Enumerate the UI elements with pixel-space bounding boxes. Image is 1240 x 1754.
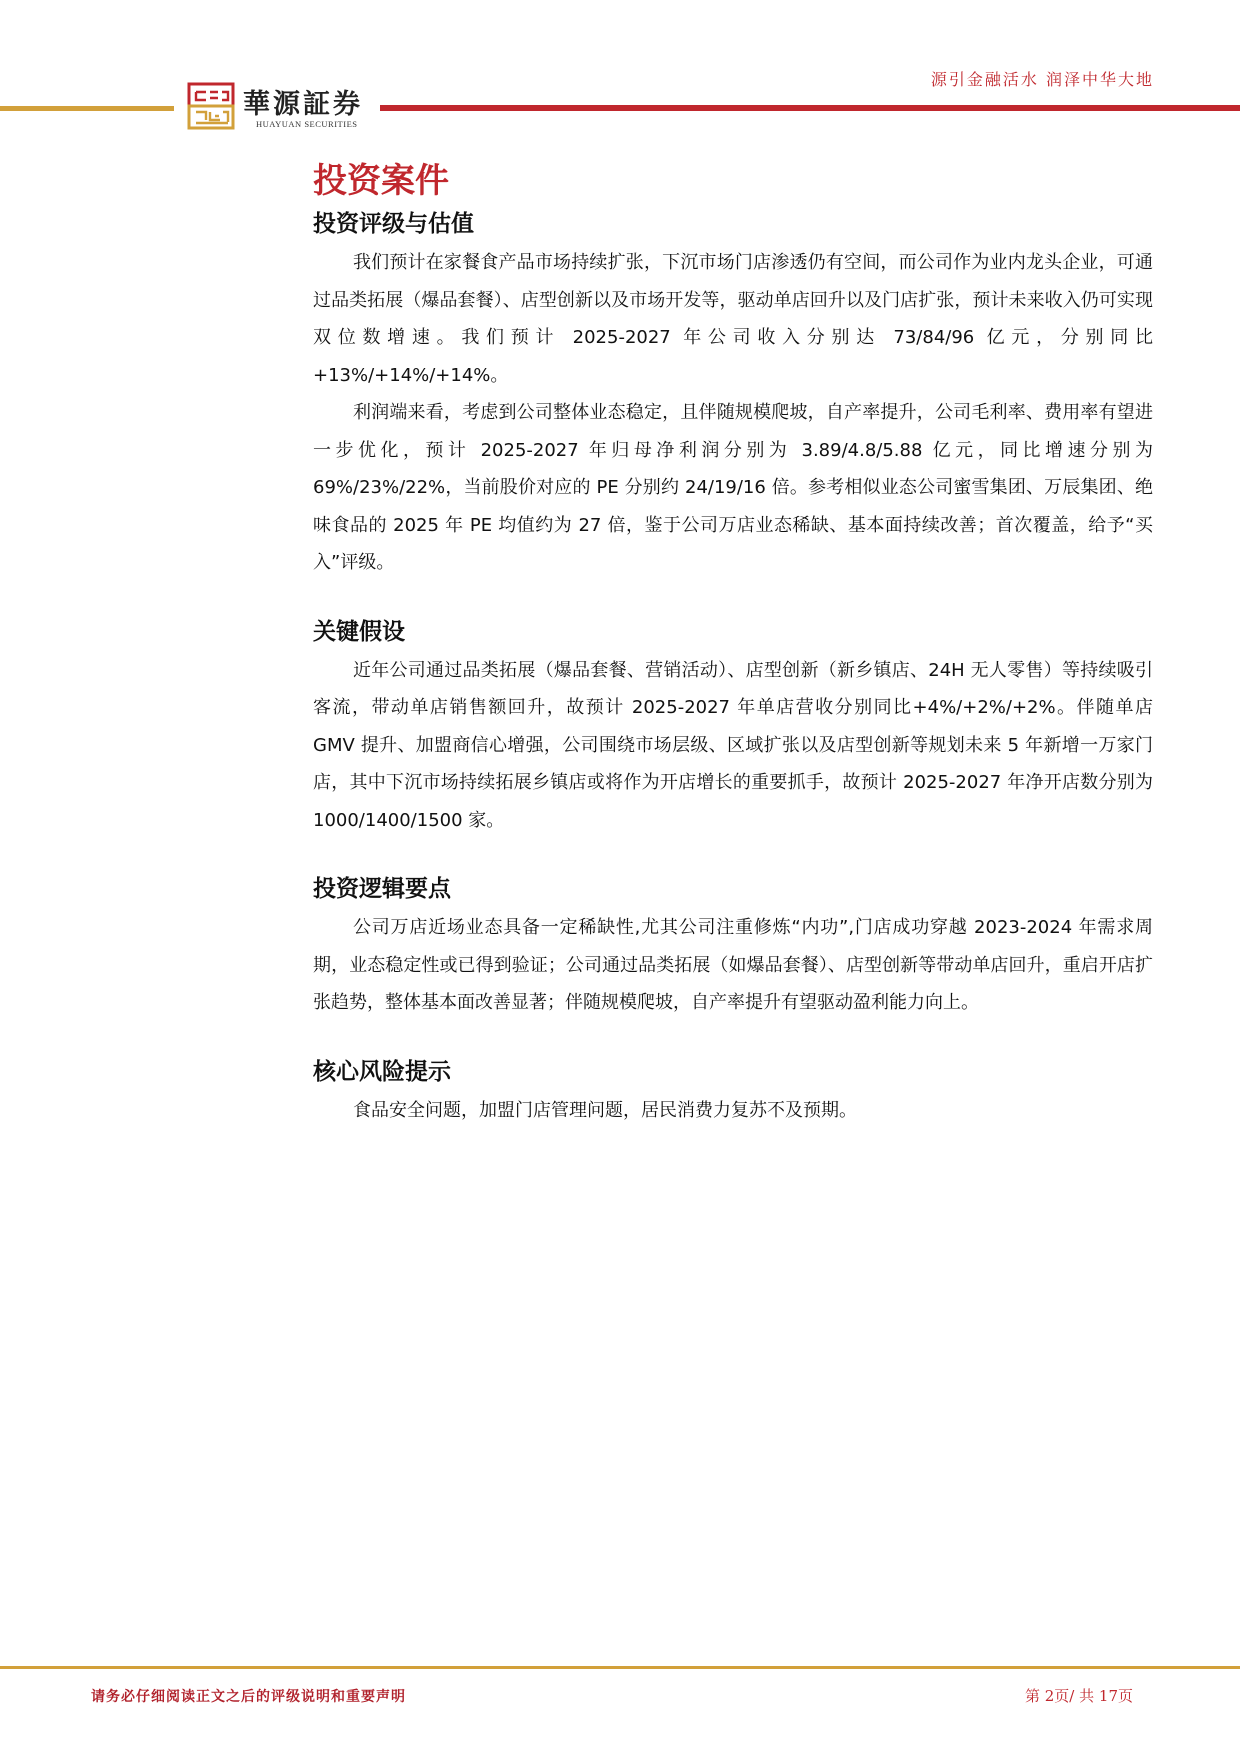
paragraph: 我们预计在家餐食产品市场持续扩张，下沉市场门店渗透仍有空间，而公司作为业内龙头企… — [313, 244, 1153, 394]
section-core-risks: 核心风险提示 食品安全问题，加盟门店管理问题，居民消费力复苏不及预期。 — [313, 1052, 1153, 1130]
header-gold-rule — [0, 106, 174, 111]
paragraph: 利润端来看，考虑到公司整体业态稳定，且伴随规模爬坡，自产率提升，公司毛利率、费用… — [313, 394, 1153, 582]
section-heading: 关键假设 — [313, 612, 1153, 652]
paragraph: 食品安全问题，加盟门店管理问题，居民消费力复苏不及预期。 — [313, 1092, 1153, 1130]
section-heading: 核心风险提示 — [313, 1052, 1153, 1092]
section-key-assumptions: 关键假设 近年公司通过品类拓展（爆品套餐、营销活动）、店型创新（新乡镇店、24H… — [313, 612, 1153, 840]
page-number: 第 2页/ 共 17页 — [1025, 1685, 1133, 1706]
page-title: 投资案件 — [313, 158, 1153, 204]
section-heading: 投资逻辑要点 — [313, 869, 1153, 909]
report-body: 投资案件 投资评级与估值 我们预计在家餐食产品市场持续扩张，下沉市场门店渗透仍有… — [313, 158, 1153, 1129]
huayuan-logo-icon — [187, 82, 235, 130]
header-red-rule — [380, 105, 1240, 111]
footer-disclaimer: 请务必仔细阅读正文之后的评级说明和重要声明 — [91, 1686, 406, 1706]
brand-name-cn: 華源証券 — [243, 82, 363, 121]
section-rating-valuation: 投资评级与估值 我们预计在家餐食产品市场持续扩张，下沉市场门店渗透仍有空间，而公… — [313, 204, 1153, 582]
paragraph: 公司万店近场业态具备一定稀缺性,尤其公司注重修炼“内功”,门店成功穿越 2023… — [313, 909, 1153, 1022]
section-investment-logic: 投资逻辑要点 公司万店近场业态具备一定稀缺性,尤其公司注重修炼“内功”,门店成功… — [313, 869, 1153, 1022]
header-slogan: 源引金融活水 润泽中华大地 — [931, 67, 1154, 90]
footer-gold-rule — [0, 1666, 1240, 1669]
section-heading: 投资评级与估值 — [313, 204, 1153, 244]
brand-name-en: HUAYUAN SECURITIES — [256, 119, 357, 129]
paragraph: 近年公司通过品类拓展（爆品套餐、营销活动）、店型创新（新乡镇店、24H 无人零售… — [313, 652, 1153, 840]
